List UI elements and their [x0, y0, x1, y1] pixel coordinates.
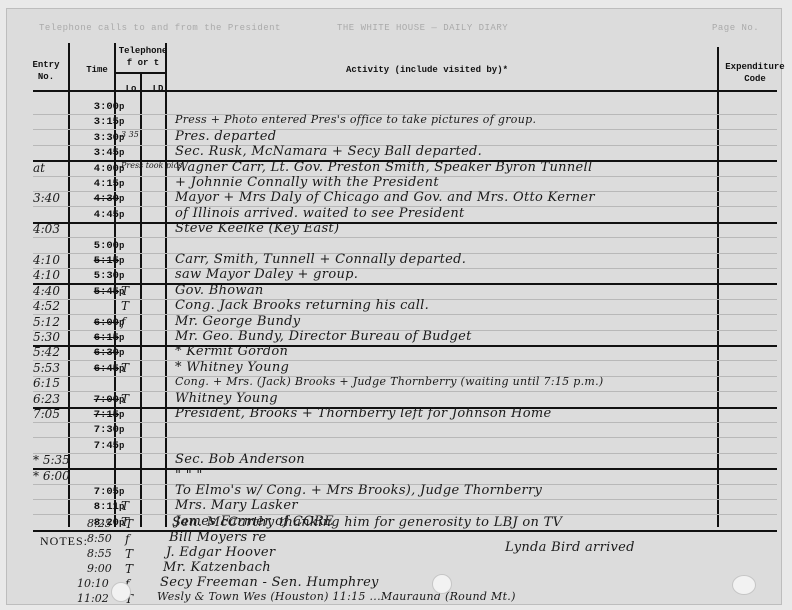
entry-no-header-line2: No. [29, 71, 63, 83]
row-rule [33, 237, 777, 238]
time-cell: 6:45 [89, 363, 119, 375]
entry-no: at [33, 161, 45, 175]
row-rule [33, 499, 777, 500]
row-rule [33, 453, 777, 454]
telephone-cell: f [121, 315, 125, 329]
activity-cell: Carr, Smith, Tunnell + Connally departed… [175, 252, 466, 267]
time-pm-marker: p [119, 410, 124, 420]
activity-cell: Mr. Geo. Bundy, Director Bureau of Budge… [175, 329, 472, 344]
telephone-cell: T [121, 361, 129, 375]
row-rule [33, 468, 777, 470]
activity-cell: Sec. Rusk, McNamara + Secy Ball departed… [175, 144, 482, 159]
time-cell: 7:15 [89, 409, 119, 421]
time-pm-marker: p [119, 425, 124, 435]
activity-header: Activity (include visited by)* [277, 64, 577, 76]
telephone-cell: 3 35 [121, 130, 139, 139]
activity-cell: Wagner Carr, Lt. Gov. Preston Smith, Spe… [175, 160, 592, 175]
time-cell: 6:15 [89, 332, 119, 344]
notes-time: 8:25 [87, 517, 112, 530]
ghost-header-right: Page No. [712, 23, 759, 33]
punch-hole-left [111, 582, 131, 602]
time-pm-marker: p [119, 102, 124, 112]
entry-no: 4:52 [33, 299, 60, 313]
punch-hole-right [732, 575, 756, 595]
activity-cell: Cong. + Mrs. (Jack) Brooks + Judge Thorn… [175, 375, 603, 388]
notes-text: Bill Moyers re [169, 530, 266, 545]
activity-cell: of Illinois arrived. waited to see Presi… [175, 206, 465, 221]
telephone-cell: T [121, 392, 129, 406]
entry-no: 4:10 [33, 268, 60, 282]
entry-no: 7:05 [33, 407, 60, 421]
notes-time: 9:00 [87, 562, 112, 575]
activity-cell: Press + Photo entered Pres's office to t… [175, 113, 536, 126]
row-rule [33, 222, 777, 224]
notes-text: J. Edgar Hoover [166, 545, 275, 560]
telephone-header: Telephone f or t [115, 45, 171, 69]
entry-no-header-line1: Entry [29, 59, 63, 71]
time-pm-marker: p [119, 256, 124, 266]
time-pm-marker: p [119, 241, 124, 251]
rule-header-bottom [33, 90, 777, 92]
time-cell: 5:00 [89, 240, 119, 252]
row-rule [33, 129, 777, 130]
entry-no: 4:03 [33, 222, 60, 236]
activity-cell: Mrs. Mary Lasker [175, 498, 298, 513]
time-cell: 4:15 [89, 178, 119, 190]
activity-cell: Pres. departed [175, 129, 276, 144]
activity-cell: Mr. George Bundy [175, 314, 300, 329]
activity-cell: Whitney Young [175, 391, 278, 406]
entry-no: 4:10 [33, 253, 60, 267]
entry-no: * 6:00 [33, 469, 70, 483]
activity-cell: Sec. Bob Anderson [175, 452, 305, 467]
time-cell: 8:11 [89, 501, 119, 513]
rule-tel-sub [114, 72, 167, 74]
expenditure-header-line1: Expenditure [725, 61, 785, 73]
time-cell: 4:30 [89, 193, 119, 205]
entry-no: 6:15 [33, 376, 60, 390]
activity-cell: Cong. Jack Brooks returning his call. [175, 298, 429, 313]
time-cell: 5:45 [89, 286, 119, 298]
time-cell: 3:00 [89, 101, 119, 113]
telephone-cell: T [121, 299, 129, 313]
ghost-header-left: Telephone calls to and from the Presiden… [39, 23, 281, 33]
time-pm-marker: p [119, 194, 124, 204]
time-cell: 6:30 [89, 347, 119, 359]
notes-time: 8:55 [87, 547, 112, 560]
time-cell: 4:00 [89, 163, 119, 175]
time-pm-marker: p [119, 441, 124, 451]
telephone-cell: Press took pics [121, 161, 182, 170]
telephone-header-title: Telephone [115, 45, 171, 57]
notes-time: 11:02 [77, 592, 109, 605]
punch-hole-center [432, 574, 452, 594]
row-rule [33, 314, 777, 315]
time-pm-marker: p [119, 179, 124, 189]
activity-cell: " " " [175, 468, 203, 483]
row-rule [33, 422, 777, 423]
entry-no: 4:40 [33, 284, 60, 298]
time-cell: 5:15 [89, 255, 119, 267]
telephone-header-sub: f or t [115, 57, 171, 69]
notes-text: Wesly & Town Wes (Houston) 11:15 ...Maur… [157, 590, 516, 603]
time-cell: 4:45 [89, 209, 119, 221]
entry-no: 5:53 [33, 361, 60, 375]
row-rule [33, 268, 777, 269]
entry-no: 6:23 [33, 392, 60, 406]
time-cell: 7:00 [89, 394, 119, 406]
notes-telephone: T [125, 517, 133, 531]
time-cell: 7:45 [89, 440, 119, 452]
rule-activity-exp [717, 47, 719, 527]
activity-cell: Gov. Bhowan [175, 283, 264, 298]
activity-cell: President, Brooks + Thornberry left for … [175, 406, 551, 421]
time-cell: 3:15 [89, 116, 119, 128]
time-pm-marker: p [119, 271, 124, 281]
time-pm-marker: p [119, 148, 124, 158]
activity-cell: Steve Keelke (Key East) [175, 221, 339, 236]
row-rule [33, 391, 777, 392]
diary-sheet: Telephone calls to and from the Presiden… [6, 8, 782, 605]
activity-cell: * Whitney Young [175, 360, 289, 375]
notes-telephone: f [125, 532, 129, 546]
notes-time: 10:10 [77, 577, 109, 590]
time-cell: 6:00 [89, 317, 119, 329]
entry-no: 5:12 [33, 315, 60, 329]
row-rule [33, 345, 777, 347]
time-pm-marker: p [119, 210, 124, 220]
notes-text: Sen. McCarthy thanking him for generosit… [172, 515, 562, 530]
time-cell: 3:45 [89, 147, 119, 159]
time-cell: 5:30 [89, 270, 119, 282]
notes-text: Secy Freeman - Sen. Humphrey [160, 575, 379, 590]
entry-no-header: Entry No. [29, 59, 63, 83]
notes-text: Mr. Katzenbach [163, 560, 271, 575]
activity-cell: Mayor + Mrs Daly of Chicago and Gov. and… [175, 190, 595, 205]
activity-cell: * Kermit Gordon [175, 344, 288, 359]
row-rule [33, 437, 777, 438]
time-pm-marker: p [119, 348, 124, 358]
time-header: Time [75, 64, 119, 76]
ghost-header-center: THE WHITE HOUSE — DAILY DIARY [337, 23, 508, 33]
time-pm-marker: p [119, 487, 124, 497]
notes-time: 8:50 [87, 532, 112, 545]
activity-cell: To Elmo's w/ Cong. + Mrs Brooks), Judge … [175, 483, 542, 498]
entry-no: 5:42 [33, 345, 60, 359]
expenditure-header-line2: Code [725, 73, 785, 85]
entry-no: 5:30 [33, 330, 60, 344]
time-cell: 3:30 [89, 132, 119, 144]
notes-telephone: T [125, 562, 133, 576]
telephone-cell: T [121, 284, 129, 298]
notes-label: NOTES: [40, 534, 88, 549]
activity-cell: + Johnnie Connally with the President [175, 175, 439, 190]
time-cell: 7:05 [89, 486, 119, 498]
telephone-cell: T [121, 499, 129, 513]
entry-no: 3:40 [33, 191, 60, 205]
expenditure-header: Expenditure Code [725, 61, 785, 85]
activity-cell: saw Mayor Daley + group. [175, 267, 358, 282]
notes-telephone: T [125, 547, 133, 561]
time-cell: 7:30 [89, 424, 119, 436]
row-rule [33, 283, 777, 285]
entry-no: * 5:35 [33, 453, 70, 467]
time-pm-marker: p [119, 117, 124, 127]
row-rule [33, 360, 777, 361]
margin-note: Lynda Bird arrived [505, 540, 635, 555]
time-pm-marker: p [119, 333, 124, 343]
row-rule [33, 530, 777, 532]
